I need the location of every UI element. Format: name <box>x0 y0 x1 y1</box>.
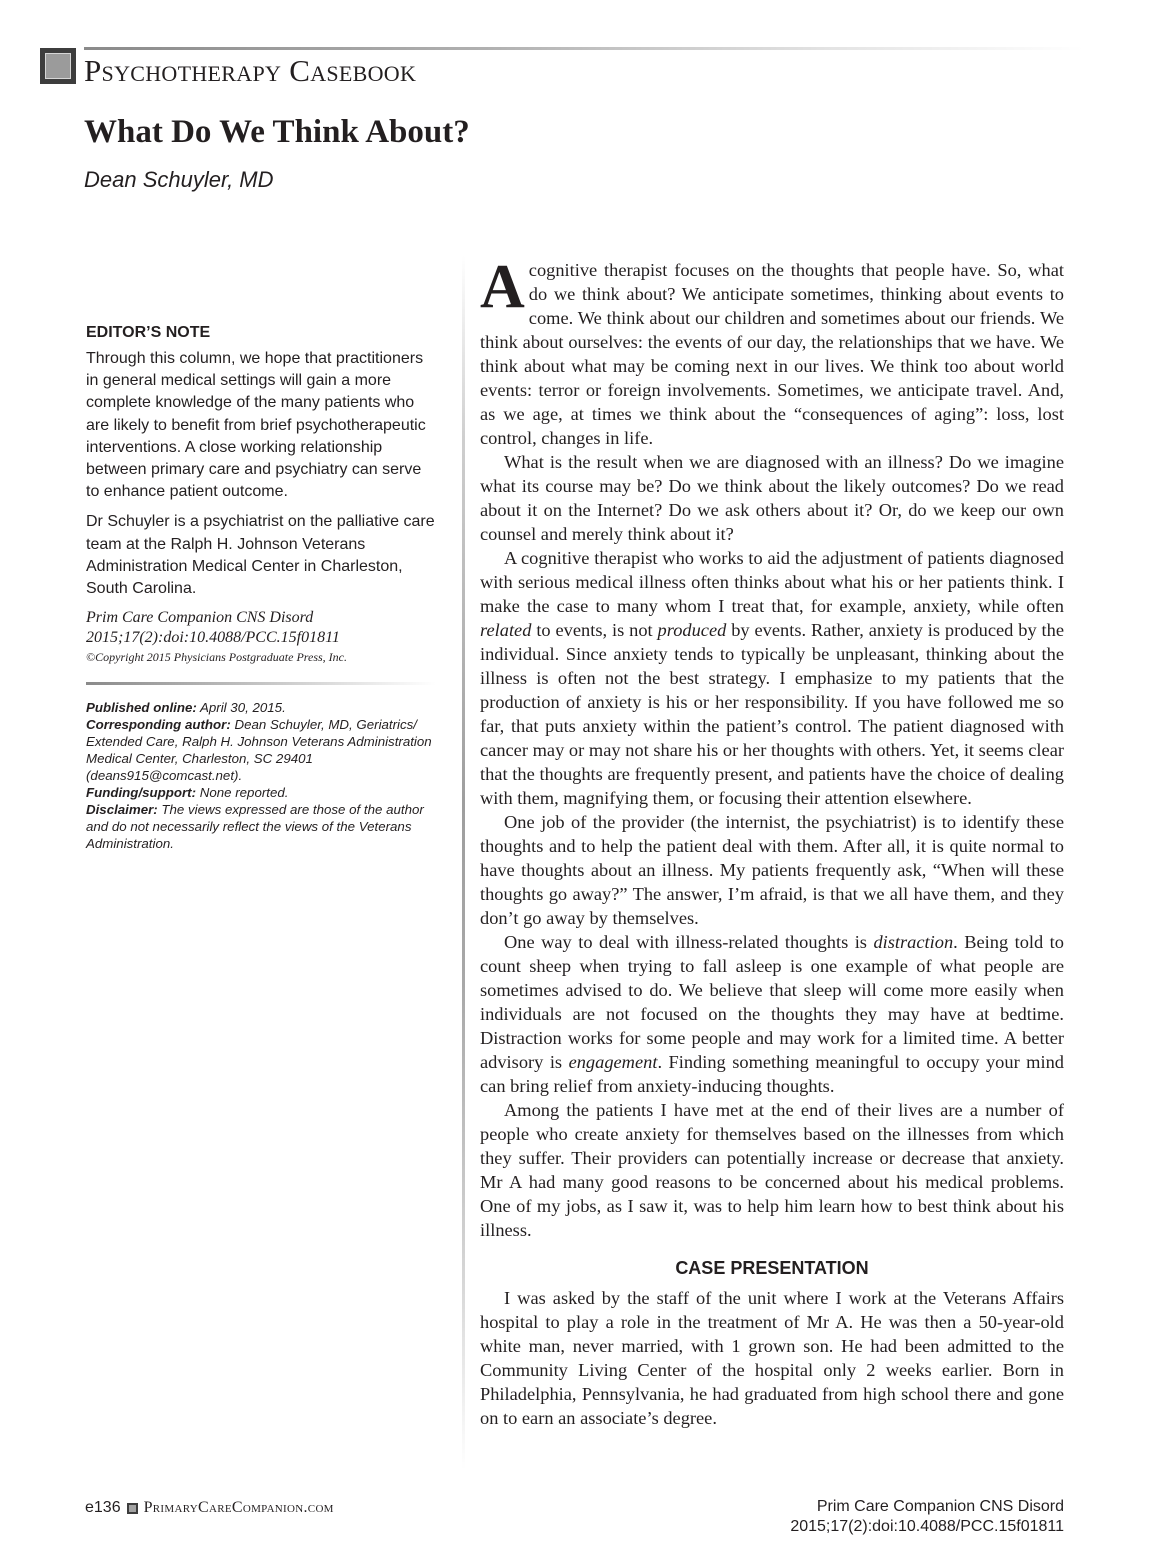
page-number: e136 <box>85 1497 121 1519</box>
article-body: A cognitive therapist focuses on the tho… <box>480 258 1064 1430</box>
footer-journal-citation: Prim Care Companion CNS Disord 2015;17(2… <box>790 1497 1064 1537</box>
article-title: What Do We Think About? <box>84 110 470 154</box>
editors-note-text: Through this column, we hope that practi… <box>86 348 438 503</box>
section-title: Psychotherapy Casebook <box>84 52 416 90</box>
footer-site-link[interactable]: PrimaryCareCompanion.com <box>144 1497 334 1519</box>
header-rule <box>84 47 1084 50</box>
paragraph-7: I was asked by the staff of the unit whe… <box>480 1286 1064 1430</box>
paragraph-3: A cognitive therapist who works to aid t… <box>480 546 1064 810</box>
paragraph-1: A cognitive therapist focuses on the tho… <box>480 258 1064 450</box>
section-square-icon <box>40 48 76 84</box>
paragraph-2: What is the result when we are diagnosed… <box>480 450 1064 546</box>
citation-doi: 2015;17(2):doi:10.4088/PCC.15f01811 <box>86 628 438 648</box>
sidebar: EDITOR’S NOTE Through this column, we ho… <box>86 322 438 852</box>
editors-note-heading: EDITOR’S NOTE <box>86 322 438 344</box>
paragraph-5: One way to deal with illness-related tho… <box>480 930 1064 1098</box>
footer-left: e136 PrimaryCareCompanion.com <box>85 1497 334 1519</box>
paragraph-4: One job of the provider (the internist, … <box>480 810 1064 930</box>
meta-corresponding-author: Corresponding author: Dean Schuyler, MD,… <box>86 716 438 784</box>
sidebar-divider <box>86 682 436 685</box>
citation-journal: Prim Care Companion CNS Disord <box>86 608 438 628</box>
copyright: ©Copyright 2015 Physicians Postgraduate … <box>86 648 438 666</box>
citation: Prim Care Companion CNS Disord 2015;17(2… <box>86 608 438 648</box>
meta-published: Published online: April 30, 2015. <box>86 699 438 716</box>
drop-cap: A <box>480 262 525 310</box>
meta-funding: Funding/support: None reported. <box>86 784 438 801</box>
meta-disclaimer: Disclaimer: The views expressed are thos… <box>86 801 438 852</box>
case-presentation-heading: CASE PRESENTATION <box>480 1256 1064 1280</box>
author-byline: Dean Schuyler, MD <box>84 164 274 196</box>
column-divider <box>462 255 465 1470</box>
footer-square-icon <box>127 1503 138 1514</box>
paragraph-6: Among the patients I have met at the end… <box>480 1098 1064 1242</box>
author-bio: Dr Schuyler is a psychiatrist on the pal… <box>86 511 438 600</box>
